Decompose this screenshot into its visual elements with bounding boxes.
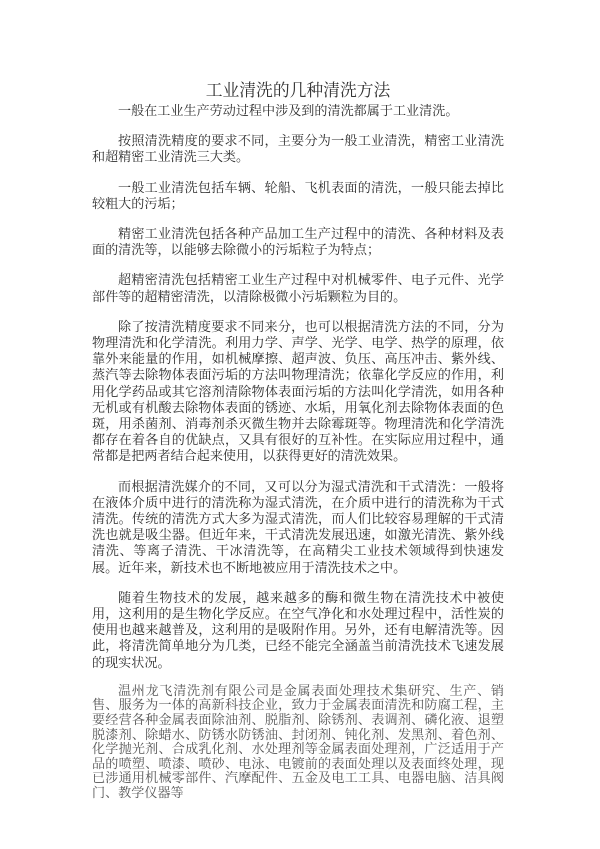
document-title: 工业清洗的几种清洗方法 xyxy=(92,80,504,100)
paragraph-ultra-precision-cleaning: 超精密清洗包括精密工业生产过程中对机械零件、电子元件、光学部件等的超精密清洗，以… xyxy=(92,273,504,305)
paragraph-intro: 一般在工业生产劳动过程中涉及到的清洗都属于工业清洗。 xyxy=(92,104,504,120)
document-body: 一般在工业生产劳动过程中涉及到的清洗都属于工业清洗。 按照清洗精度的要求不同，主… xyxy=(92,104,504,816)
paragraph-precision-categories: 按照清洗精度的要求不同，主要分为一般工业清洗，精密工业清洗和超精密工业清洗三大类… xyxy=(92,134,504,166)
paragraph-precision-cleaning: 精密工业清洗包括各种产品加工生产过程中的清洗、各种材料及表面的清洗等，以能够去除… xyxy=(92,227,504,259)
paragraph-wet-dry-cleaning: 而根据清洗媒介的不同，又可以分为湿式清洗和干式清洗：一般将在液体介质中进行的清洗… xyxy=(92,480,504,577)
paragraph-general-cleaning: 一般工业清洗包括车辆、轮船、飞机表面的清洗，一般只能去掉比较粗大的污垢； xyxy=(92,181,504,213)
paragraph-physical-chemical-cleaning: 除了按清洗精度要求不同来分，也可以根据清洗方法的不同，分为物理清洗和化学清洗。利… xyxy=(92,320,504,466)
document-page: 工业清洗的几种清洗方法 一般在工业生产劳动过程中涉及到的清洗都属于工业清洗。 按… xyxy=(0,0,600,849)
paragraph-biotech-cleaning: 随着生物技术的发展，越来越多的酶和微生物在清洗技术中被使用，这利用的是生物化学反… xyxy=(92,591,504,672)
paragraph-company-intro: 温州龙飞清洗剂有限公司是金属表面处理技术集研究、生产、销售、服务为一体的高新科技… xyxy=(92,685,504,802)
